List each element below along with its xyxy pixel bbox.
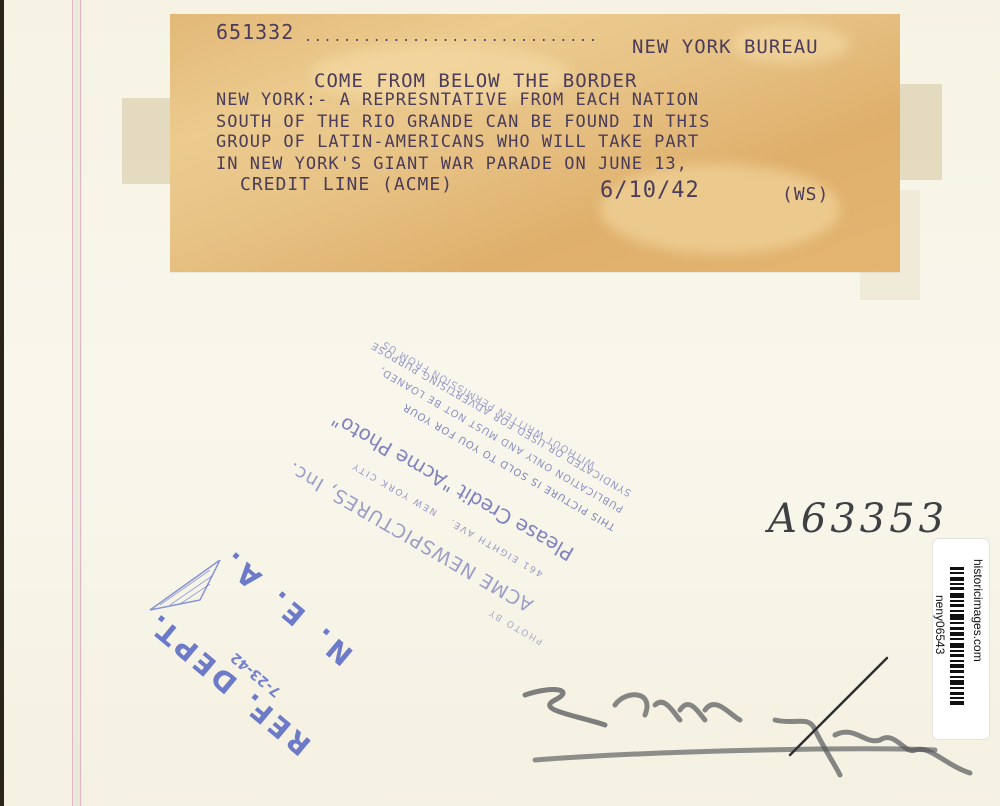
left-edge-shadow bbox=[0, 0, 4, 806]
caption-initials: (WS) bbox=[782, 184, 829, 205]
fold-line bbox=[72, 0, 73, 806]
fold-line bbox=[80, 0, 81, 806]
caption-number: 651332 bbox=[216, 20, 294, 44]
acme-notice-line-2: PUBLICATION ONLY AND MUST NOT BE LOANED, bbox=[377, 364, 625, 514]
barcode-icon bbox=[950, 567, 964, 717]
caption-line-3: GROUP OF LATIN-AMERICANS WHO WILL TAKE P… bbox=[216, 132, 699, 152]
photo-back: 651332 .............................. NE… bbox=[0, 0, 1000, 806]
acme-photo-by: PHOTO BY bbox=[486, 606, 545, 646]
barcode-label: historicimages.com neny06543 bbox=[932, 538, 990, 740]
caption-line-4: IN NEW YORK'S GIANT WAR PARADE ON JUNE 1… bbox=[216, 154, 688, 174]
caption-bureau: NEW YORK BUREAU bbox=[632, 36, 819, 58]
caption-line-2: SOUTH OF THE RIO GRANDE CAN BE FOUND IN … bbox=[216, 112, 710, 132]
caption-headline: COME FROM BELOW THE BORDER bbox=[314, 70, 637, 92]
acme-company: ACME NEWSPICTURES, Inc. bbox=[284, 457, 537, 616]
caption-slip: 651332 .............................. NE… bbox=[170, 14, 900, 272]
caption-date: 6/10/42 bbox=[600, 178, 700, 203]
caption-credit-line: CREDIT LINE (ACME) bbox=[240, 174, 453, 195]
handwritten-catalog-number: A63353 bbox=[768, 496, 948, 542]
caption-line-1: NEW YORK:- A REPRESNTATIVE FROM EACH NAT… bbox=[216, 90, 699, 110]
barcode-site: historicimages.com bbox=[971, 559, 985, 662]
signature-icon bbox=[515, 655, 985, 785]
caption-leader: .............................. bbox=[304, 30, 599, 45]
barcode-item-id: neny06543 bbox=[933, 595, 947, 654]
nea-hatch-mark-icon bbox=[140, 560, 230, 620]
